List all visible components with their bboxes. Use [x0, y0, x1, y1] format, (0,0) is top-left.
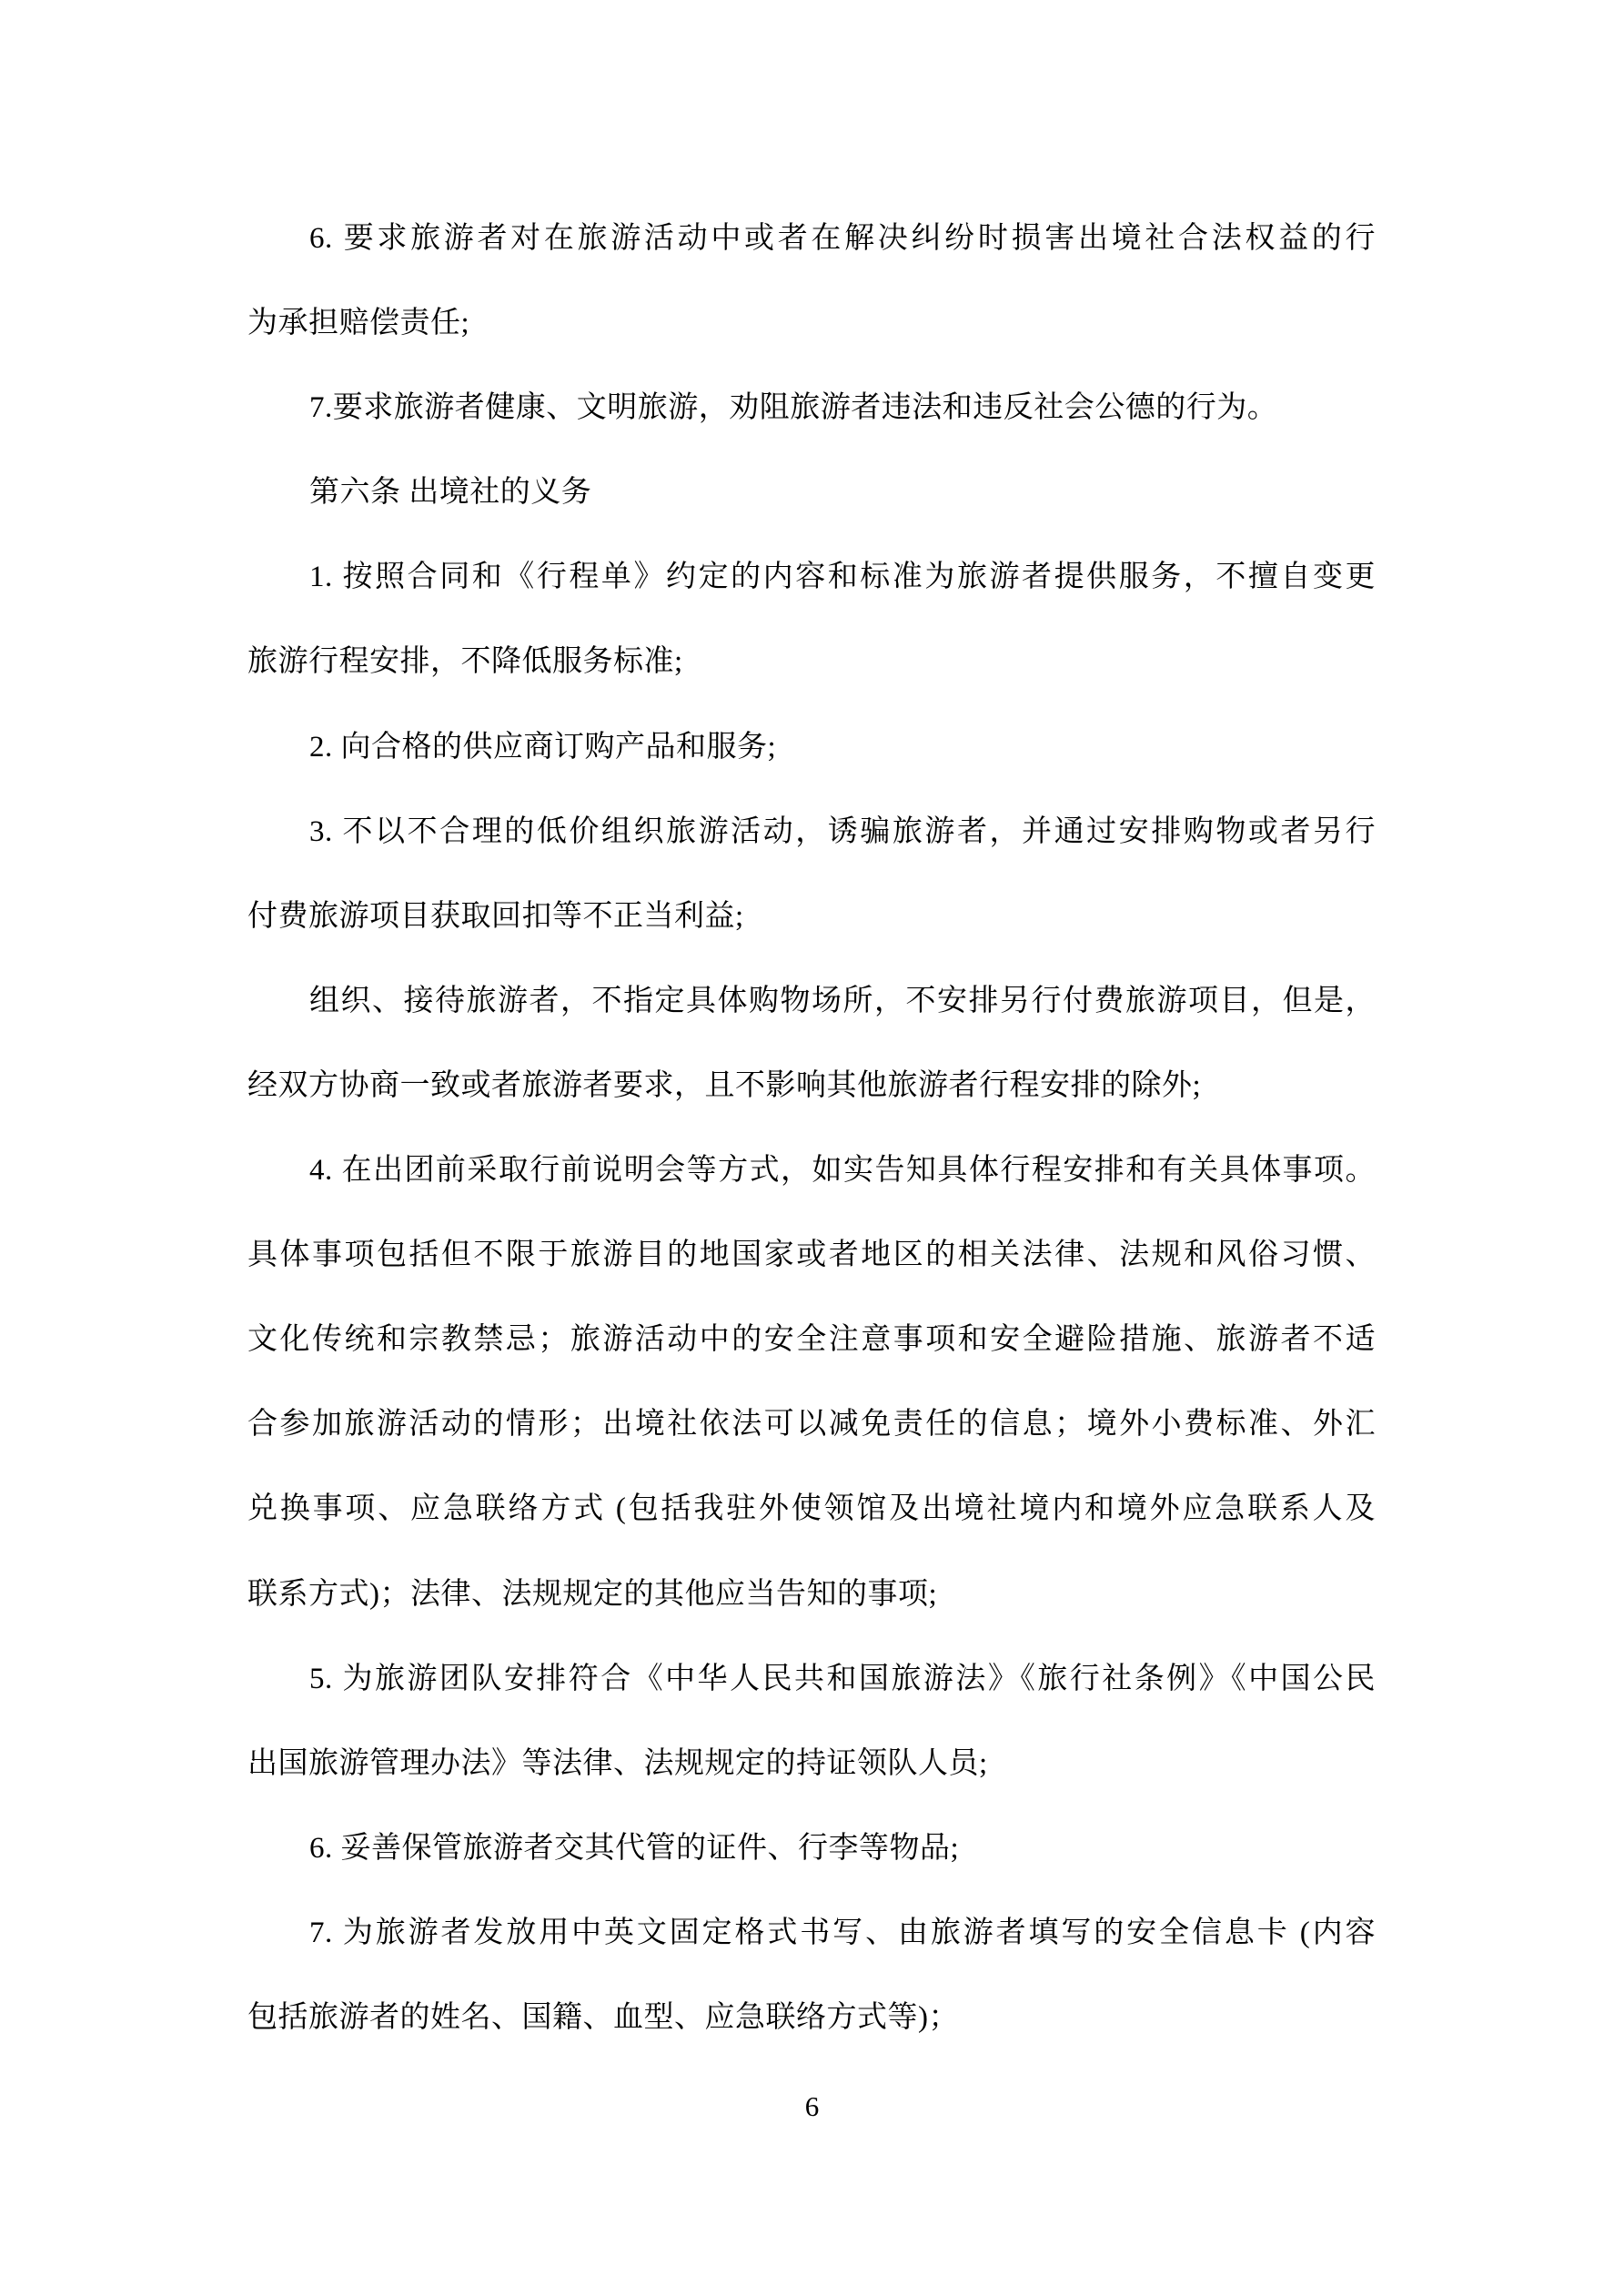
document-text: 6. 要求旅游者对在旅游活动中或者在解决纠纷时损害出境社合法权益的行为承担赔偿责…: [247, 197, 1376, 2060]
text-line: 6. 要求旅游者对在旅游活动中或者在解决纠纷时损害出境社合法权益的行: [247, 197, 1376, 281]
text-line: 包括旅游者的姓名、国籍、血型、应急联络方式等)；: [247, 1976, 1376, 2060]
text-line: 7. 为旅游者发放用中英文固定格式书写、由旅游者填写的安全信息卡 (内容: [247, 1891, 1376, 1976]
text-line: 兑换事项、应急联络方式 (包括我驻外使领馆及出境社境内和境外应急联系人及: [247, 1467, 1376, 1552]
document-page: 6. 要求旅游者对在旅游活动中或者在解决纠纷时损害出境社合法权益的行为承担赔偿责…: [0, 0, 1624, 2296]
text-line: 4. 在出团前采取行前说明会等方式，如实告知具体行程安排和有关具体事项。: [247, 1128, 1376, 1213]
text-line: 3. 不以不合理的低价组织旅游活动，诱骗旅游者，并通过安排购物或者另行: [247, 790, 1376, 875]
text-line: 1. 按照合同和《行程单》约定的内容和标准为旅游者提供服务，不擅自变更: [247, 535, 1376, 620]
text-line: 2. 向合格的供应商订购产品和服务;: [247, 705, 1376, 790]
text-line: 为承担赔偿责任;: [247, 281, 1376, 366]
text-line: 出国旅游管理办法》等法律、法规规定的持证领队人员;: [247, 1722, 1376, 1806]
text-line: 合参加旅游活动的情形；出境社依法可以减免责任的信息；境外小费标准、外汇: [247, 1382, 1376, 1467]
text-line: 5. 为旅游团队安排符合《中华人民共和国旅游法》《旅行社条例》《中国公民: [247, 1637, 1376, 1722]
text-line: 第六条 出境社的义务: [247, 450, 1376, 535]
text-line: 6. 妥善保管旅游者交其代管的证件、行李等物品;: [247, 1806, 1376, 1891]
text-line: 付费旅游项目获取回扣等不正当利益;: [247, 875, 1376, 959]
text-line: 旅游行程安排，不降低服务标准;: [247, 620, 1376, 704]
text-line: 具体事项包括但不限于旅游目的地国家或者地区的相关法律、法规和风俗习惯、: [247, 1213, 1376, 1298]
text-line: 7.要求旅游者健康、文明旅游，劝阻旅游者违法和违反社会公德的行为。: [247, 366, 1376, 450]
page-number: 6: [0, 2088, 1624, 2126]
text-line: 文化传统和宗教禁忌；旅游活动中的安全注意事项和安全避险措施、旅游者不适: [247, 1298, 1376, 1382]
text-line: 联系方式)；法律、法规规定的其他应当告知的事项;: [247, 1553, 1376, 1637]
text-line: 组织、接待旅游者，不指定具体购物场所，不安排另行付费旅游项目，但是，: [247, 959, 1376, 1044]
text-line: 经双方协商一致或者旅游者要求，且不影响其他旅游者行程安排的除外;: [247, 1044, 1376, 1128]
